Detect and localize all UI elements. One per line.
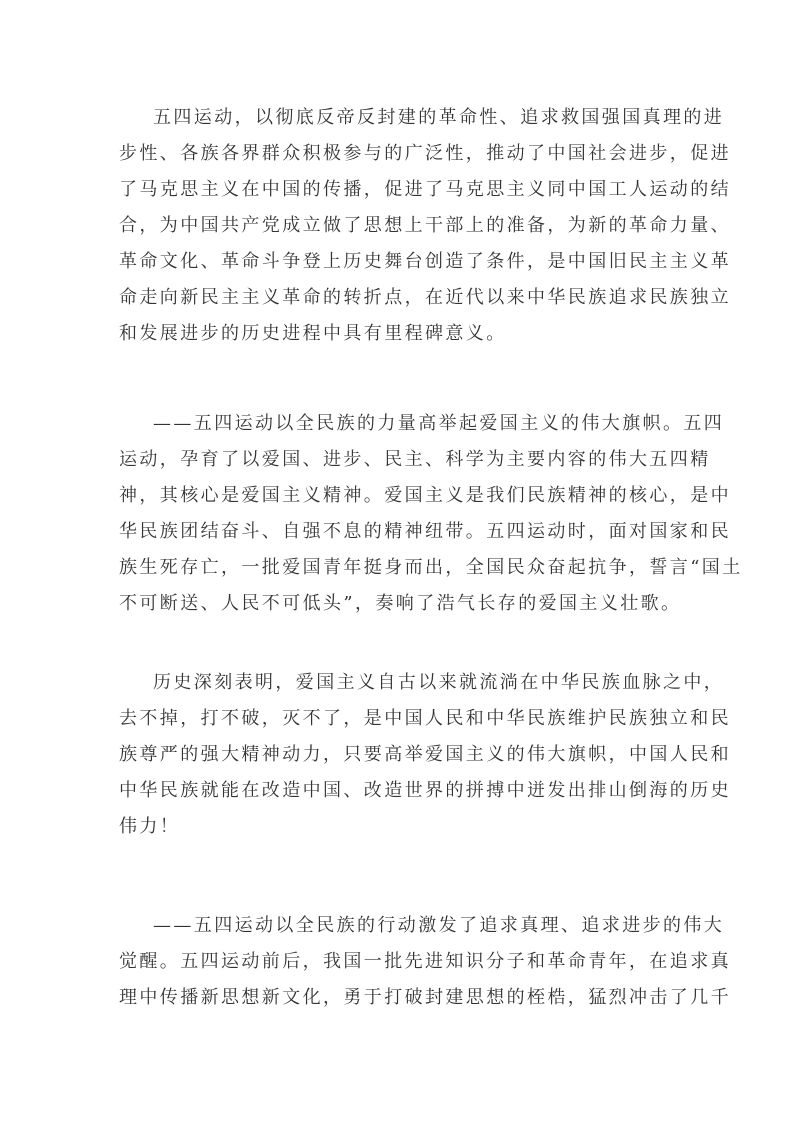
text-line: 去不掉，打不破，灭不了，是中国人民和中华民族维护民族独立和民: [119, 701, 663, 737]
text-line: 族生死存亡，一批爱国青年挺身而出，全国民众奋起抗争，誓言“国土: [119, 550, 663, 586]
paragraph-4: ——五四运动以全民族的行动激发了追求真理、追求进步的伟大 觉醒。五四运动前后，我…: [119, 908, 663, 1016]
text-line: 神，其核心是爱国主义精神。爱国主义是我们民族精神的核心，是中: [119, 478, 663, 514]
text-line: ——五四运动以全民族的力量高举起爱国主义的伟大旗帜。五四: [119, 406, 663, 442]
text-line: 和发展进步的历史进程中具有里程碑意义。: [119, 316, 663, 352]
text-line: 运动，孕育了以爱国、进步、民主、科学为主要内容的伟大五四精: [119, 442, 663, 478]
paragraph-3: 历史深刻表明，爱国主义自古以来就流淌在中华民族血脉之中， 去不掉，打不破，灭不了…: [119, 665, 663, 845]
text-line: 伟力！: [119, 809, 663, 845]
text-line: 了马克思主义在中国的传播，促进了马克思主义同中国工人运动的结: [119, 172, 663, 208]
text-line: 五四运动，以彻底反帝反封建的革命性、追求救国强国真理的进: [119, 100, 663, 136]
text-line: 命走向新民主主义革命的转折点，在近代以来中华民族追求民族独立: [119, 280, 663, 316]
text-line: ——五四运动以全民族的行动激发了追求真理、追求进步的伟大: [119, 908, 663, 944]
text-line: 历史深刻表明，爱国主义自古以来就流淌在中华民族血脉之中，: [119, 665, 663, 701]
text-line: 合，为中国共产党成立做了思想上干部上的准备，为新的革命力量、: [119, 208, 663, 244]
text-line: 中华民族就能在改造中国、改造世界的拼搏中迸发出排山倒海的历史: [119, 773, 663, 809]
text-line: 步性、各族各界群众积极参与的广泛性，推动了中国社会进步，促进: [119, 136, 663, 172]
text-line: 革命文化、革命斗争登上历史舞台创造了条件，是中国旧民主主义革: [119, 244, 663, 280]
text-line: 不可断送、人民不可低头”，奏响了浩气长存的爱国主义壮歌。: [119, 586, 663, 622]
text-line: 觉醒。五四运动前后，我国一批先进知识分子和革命青年，在追求真: [119, 944, 663, 980]
paragraph-1: 五四运动，以彻底反帝反封建的革命性、追求救国强国真理的进 步性、各族各界群众积极…: [119, 100, 663, 352]
text-line: 理中传播新思想新文化，勇于打破封建思想的桎梏，猛烈冲击了几千: [119, 980, 663, 1016]
text-line: 族尊严的强大精神动力，只要高举爱国主义的伟大旗帜，中国人民和: [119, 737, 663, 773]
text-line: 华民族团结奋斗、自强不息的精神纽带。五四运动时，面对国家和民: [119, 514, 663, 550]
paragraph-2: ——五四运动以全民族的力量高举起爱国主义的伟大旗帜。五四 运动，孕育了以爱国、进…: [119, 406, 663, 622]
